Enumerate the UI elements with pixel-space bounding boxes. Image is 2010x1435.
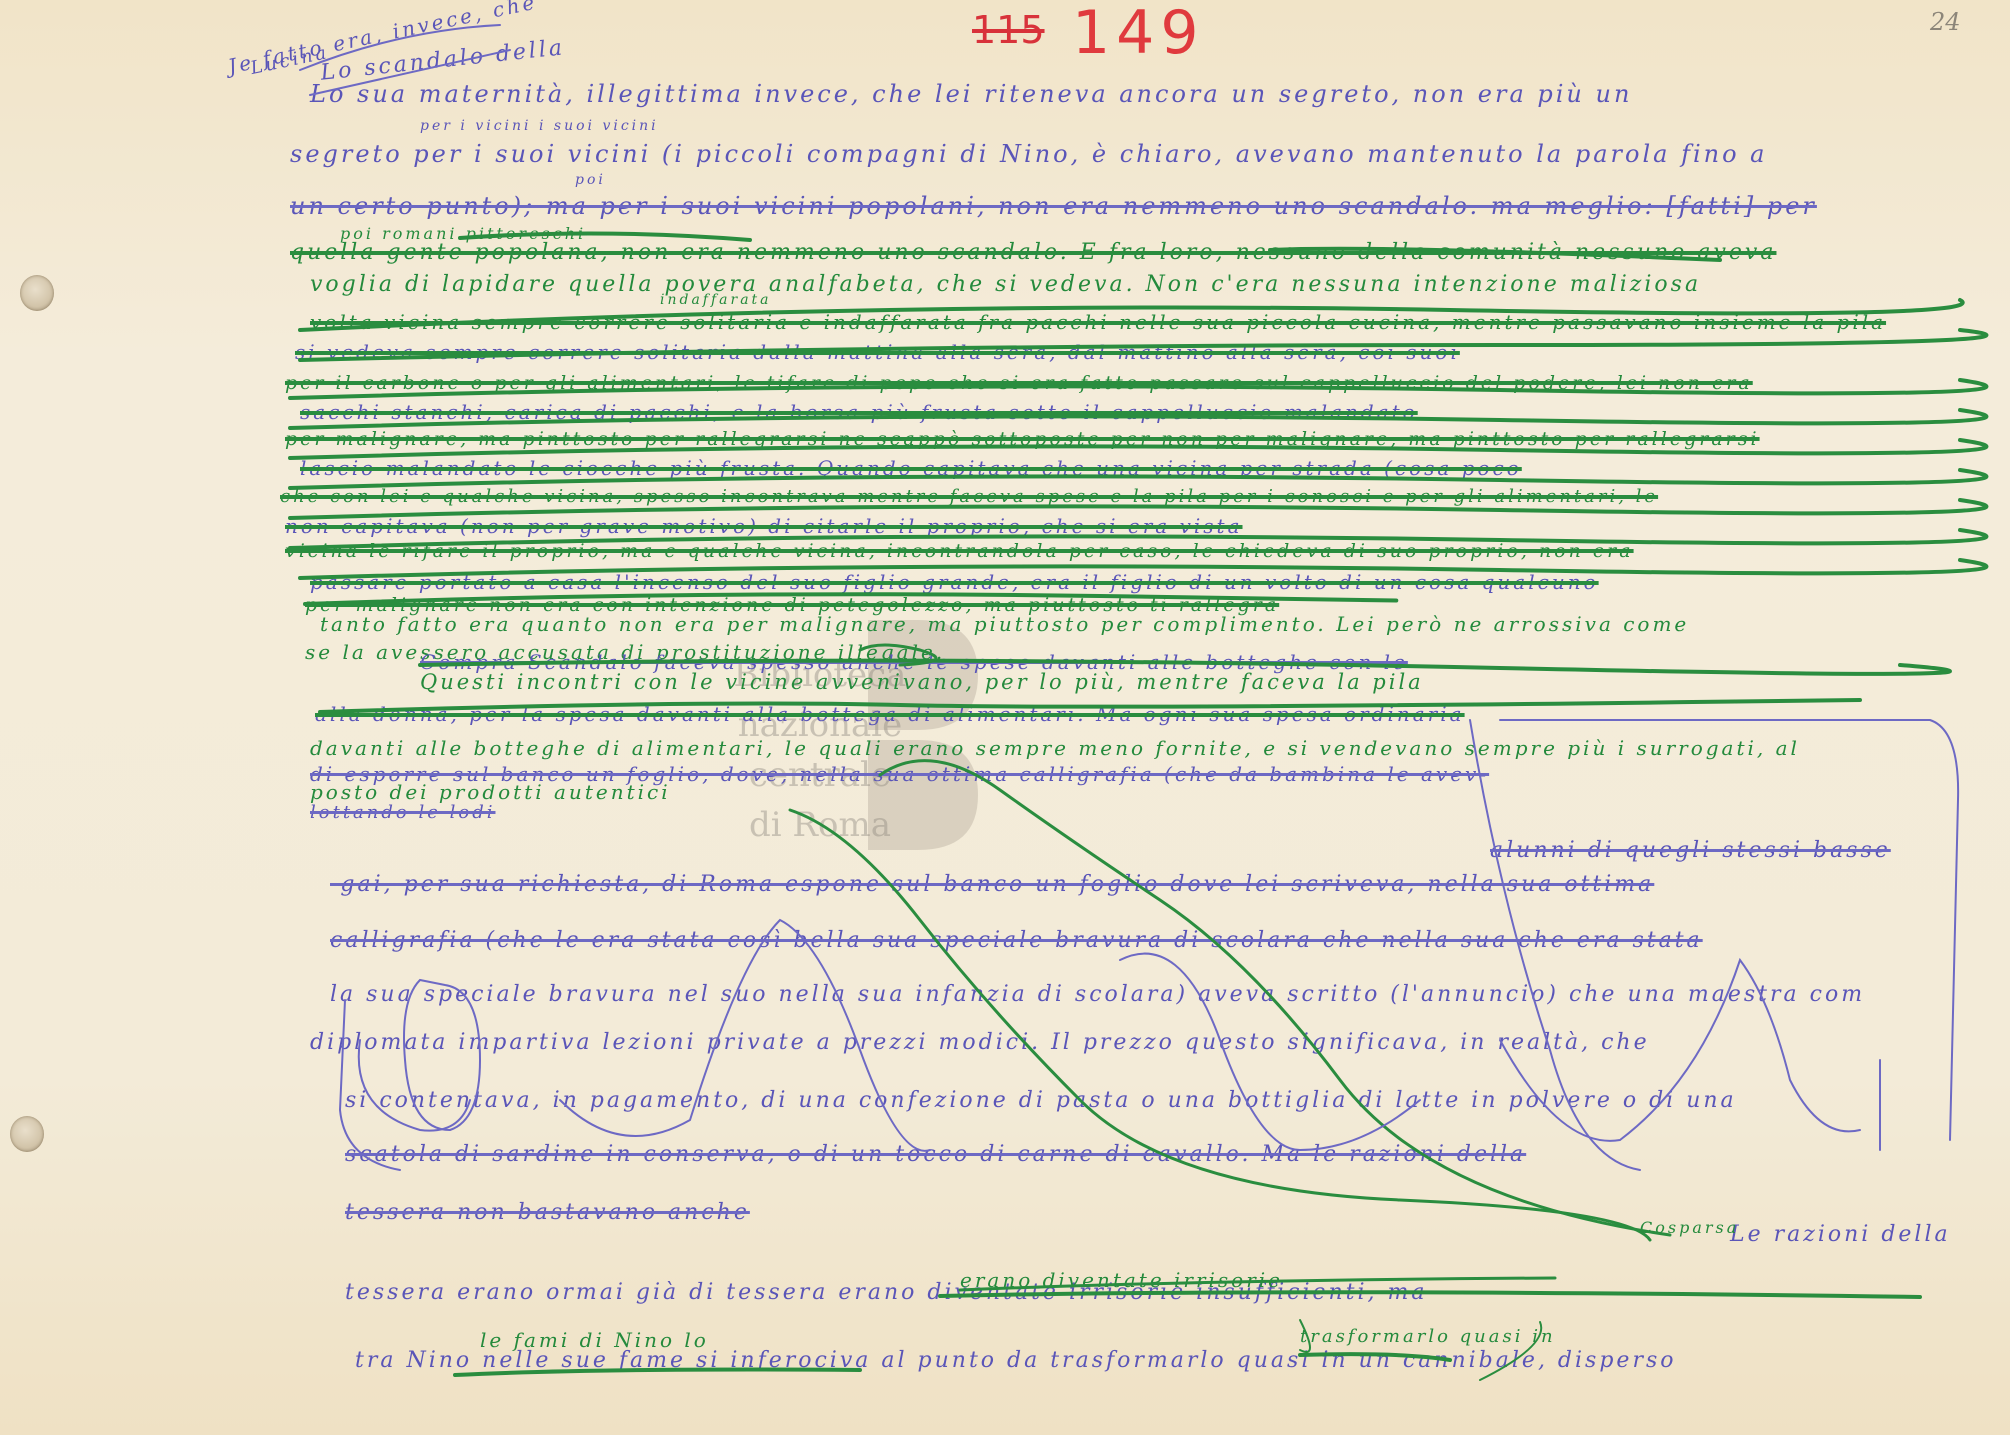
revision-marks <box>0 0 2010 1435</box>
manuscript-page: 115 149 24 Biblioteca nazionale centrale… <box>0 0 2010 1435</box>
